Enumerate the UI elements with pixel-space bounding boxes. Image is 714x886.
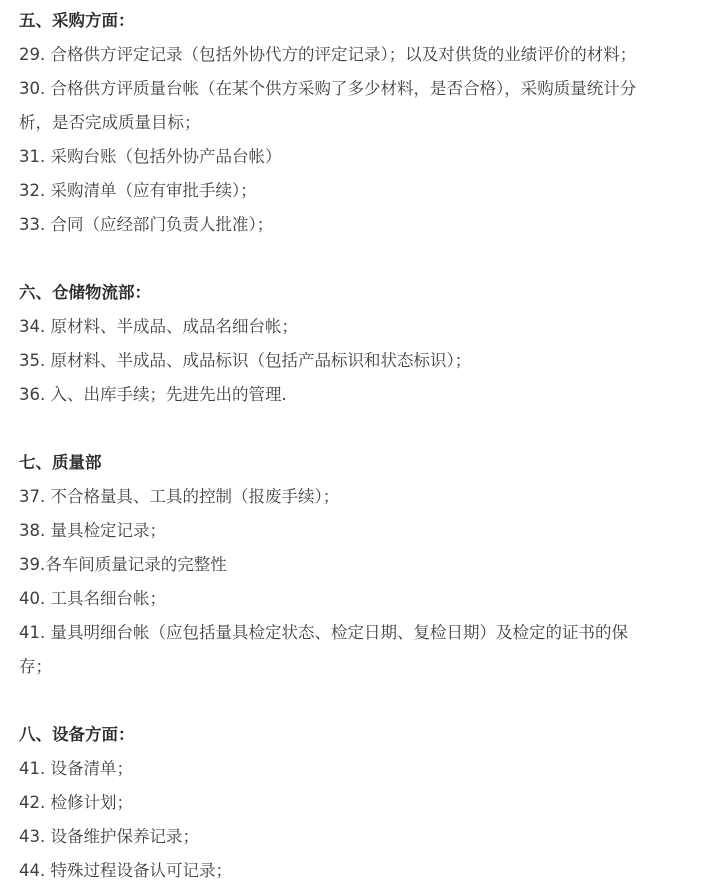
list-item-continuation: 析，是否完成质量目标； [19,106,714,140]
list-item: 36. 入、出库手续；先进先出的管理. [19,378,714,412]
list-item: 38. 量具检定记录； [19,514,714,548]
list-item-continuation: 存； [19,650,714,684]
list-item: 41. 量具明细台帐（应包括量具检定状态、检定日期、复检日期）及检定的证书的保 [19,616,714,650]
list-item: 39.各车间质量记录的完整性 [19,548,714,582]
list-item: 35. 原材料、半成品、成品标识（包括产品标识和状态标识）； [19,344,714,378]
section-heading-warehouse: 六、仓储物流部： [19,276,714,310]
list-item: 32. 采购清单（应有审批手续）； [19,174,714,208]
list-item: 42. 检修计划； [19,786,714,820]
section-heading-equipment: 八、设备方面： [19,718,714,752]
list-item: 34. 原材料、半成品、成品名细台帐； [19,310,714,344]
list-item: 37. 不合格量具、工具的控制（报废手续）； [19,480,714,514]
list-item: 44. 特殊过程设备认可记录； [19,854,714,886]
list-item: 33. 合同（应经部门负责人批准）； [19,208,714,242]
list-item: 30. 合格供方评质量台帐（在某个供方采购了多少材料，是否合格），采购质量统计分 [19,72,714,106]
list-item: 31. 采购台账（包括外协产品台帐） [19,140,714,174]
section-heading-procurement: 五、采购方面： [19,4,714,38]
list-item: 43. 设备维护保养记录； [19,820,714,854]
document-body: 五、采购方面： 29. 合格供方评定记录（包括外协代方的评定记录）；以及对供货的… [0,0,714,886]
list-item: 41. 设备清单； [19,752,714,786]
section-heading-quality: 七、质量部 [19,446,714,480]
spacer [19,412,714,446]
list-item: 40. 工具名细台帐； [19,582,714,616]
spacer [19,684,714,718]
spacer [19,242,714,276]
list-item: 29. 合格供方评定记录（包括外协代方的评定记录）；以及对供货的业绩评价的材料； [19,38,714,72]
